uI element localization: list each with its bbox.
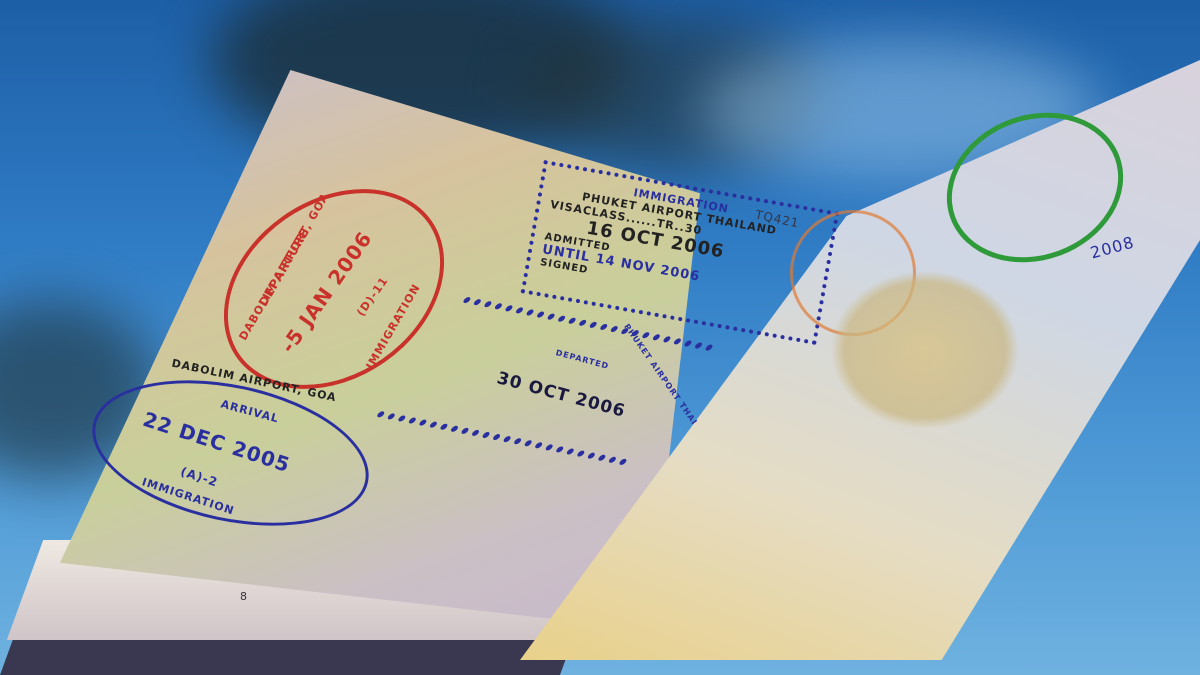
passport: DABOLIM AIRPORT, GOA DEPARTURE -5 JAN 20… bbox=[0, 0, 1200, 675]
page-number: 8 bbox=[240, 590, 248, 603]
gold-hologram bbox=[830, 270, 1020, 430]
